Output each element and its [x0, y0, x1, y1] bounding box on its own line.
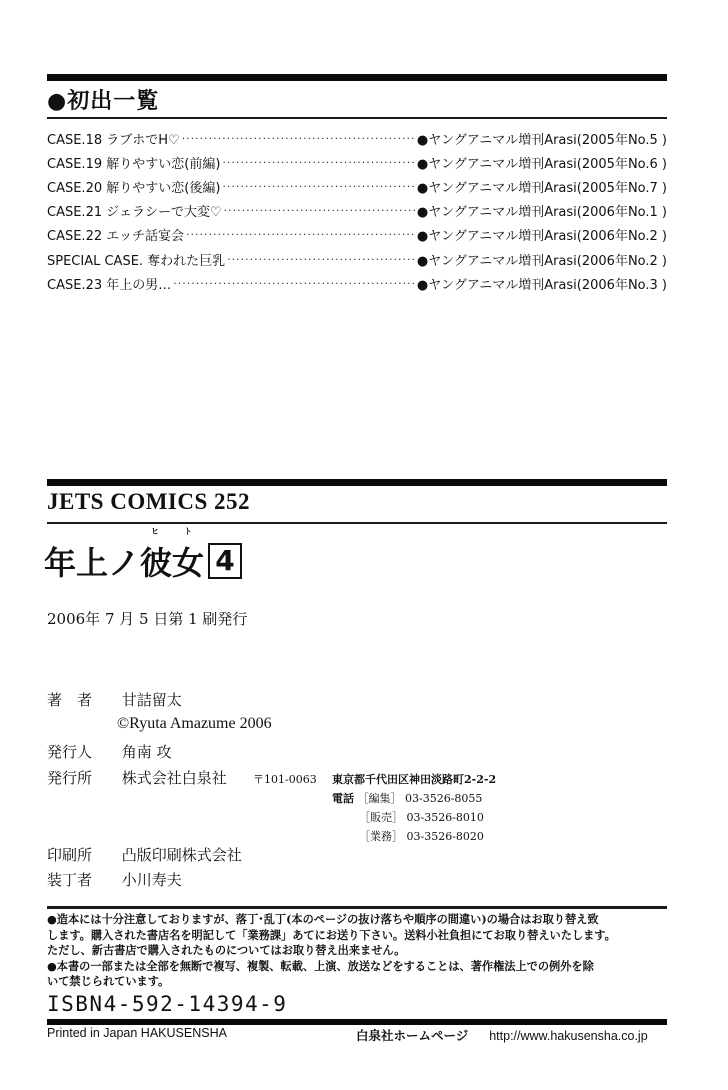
list-item: CASE.18 ラブホでH♡ ·························…: [47, 126, 667, 150]
phone-row: ［業務］ 03-3526-8020: [359, 828, 484, 844]
printer-label: 印刷所: [47, 844, 117, 865]
designer-label: 装丁者: [47, 869, 117, 890]
case-title: CASE.22 エッチ話宴会: [47, 225, 184, 244]
leader-dots: ········································…: [224, 204, 415, 217]
title-part: 彼: [140, 544, 172, 582]
designer-name: 小川寿夫: [122, 871, 182, 889]
publisher-person-row: 発行人 角南 攻: [47, 741, 172, 762]
publication-date: 2006年 7 月 5 日第 1 刷発行: [47, 608, 247, 629]
author-label: 著 者: [47, 689, 117, 710]
phone-dept: ［編集］: [358, 792, 402, 805]
publisher-person-label: 発行人: [47, 741, 117, 762]
title-part-ruby-hi: ヒ 彼: [140, 538, 172, 584]
copyright: ©Ryuta Amazume 2006: [117, 715, 272, 733]
case-source: ●ヤングアニマル増刊Arasi(2005年No.7 ): [417, 177, 667, 196]
footer-rule: [47, 1019, 667, 1025]
list-item: CASE.20 解りやすい恋(後編) ·····················…: [47, 174, 667, 198]
isbn: ISBN4-592-14394-9: [47, 992, 287, 1016]
list-item: CASE.19 解りやすい恋(前編) ·····················…: [47, 150, 667, 174]
author-name: 甘詰留太: [122, 691, 182, 709]
leader-dots: ········································…: [182, 132, 415, 145]
designer-row: 装丁者 小川寿夫: [47, 869, 182, 890]
leader-dots: ········································…: [222, 180, 415, 193]
list-item: CASE.22 エッチ話宴会 ·························…: [47, 223, 667, 247]
publisher-name: 株式会社白泉社: [122, 769, 227, 787]
title-part-ruby-to: ト 女: [172, 538, 204, 584]
ruby-text: ト: [184, 526, 192, 537]
phone-row: ［販売］ 03-3526-8010: [359, 809, 484, 825]
colophon-top-rule: [47, 479, 667, 486]
phone-label: 電話: [332, 792, 354, 805]
phone-dept: ［業務］: [359, 830, 403, 843]
ruby-text: ヒ: [151, 526, 159, 537]
notice-line: ただし、新古書店で購入されたものについてはお取り替え出来ません。: [47, 943, 667, 959]
heading-rule: [47, 117, 667, 119]
first-appearance-heading: ●初出一覧: [47, 84, 159, 115]
notice-rule: [47, 906, 667, 909]
notice-line: ●本書の一部または全部を無断で複写、複製、転載、上演、放送などをすることは、著作…: [47, 959, 667, 975]
leader-dots: ········································…: [173, 277, 415, 290]
printed-in: Printed in Japan HAKUSENSHA: [47, 1026, 227, 1040]
title-part: 女: [172, 544, 204, 582]
phone-number: 03-3526-8010: [407, 811, 484, 824]
list-item: CASE.21 ジェラシーで大変♡ ······················…: [47, 199, 667, 223]
publisher-label: 発行所: [47, 767, 117, 788]
case-source: ●ヤングアニマル増刊Arasi(2006年No.1 ): [417, 201, 667, 220]
printer-row: 印刷所 凸版印刷株式会社: [47, 844, 242, 865]
leader-dots: ········································…: [222, 156, 415, 169]
case-source: ●ヤングアニマル増刊Arasi(2006年No.2 ): [417, 225, 667, 244]
volume-number: 4: [208, 543, 242, 579]
case-title: CASE.20 解りやすい恋(後編): [47, 177, 220, 196]
notice-line: します。購入された書店名を明記して「業務課」あてにお送り下さい。送料小社負担にて…: [47, 928, 667, 944]
list-item: CASE.23 年上の男… ··························…: [47, 271, 667, 295]
notice-line: ●造本には十分注意しておりますが、落丁･乱丁(本のページの抜け落ちや順序の間違い…: [47, 912, 667, 928]
case-source: ●ヤングアニマル増刊Arasi(2006年No.2 ): [417, 250, 667, 269]
leader-dots: ········································…: [227, 253, 415, 266]
phone-number: 03-3526-8020: [407, 830, 484, 843]
case-source: ●ヤングアニマル増刊Arasi(2005年No.5 ): [417, 129, 667, 148]
phone-number: 03-3526-8055: [405, 792, 482, 805]
case-title: CASE.18 ラブホでH♡: [47, 129, 180, 148]
series-rule: [47, 522, 667, 524]
list-item: SPECIAL CASE. 奪われた巨乳 ···················…: [47, 247, 667, 271]
first-appearance-list: CASE.18 ラブホでH♡ ·························…: [47, 126, 667, 295]
address: 東京都千代田区神田淡路町2-2-2: [332, 771, 496, 787]
case-source: ●ヤングアニマル増刊Arasi(2006年No.3 ): [417, 274, 667, 293]
series-label: JETS COMICS 252: [47, 489, 250, 515]
notice-line: いて禁じられています。: [47, 974, 667, 990]
publisher-row: 発行所 株式会社白泉社: [47, 767, 227, 788]
publisher-person: 角南 攻: [122, 743, 172, 761]
homepage: 白泉社ホームページ http://www.hakusensha.co.jp: [356, 1026, 648, 1044]
leader-dots: ········································…: [186, 228, 415, 241]
homepage-label: 白泉社ホームページ: [356, 1029, 468, 1043]
top-rule: [47, 74, 667, 81]
phone-dept: ［販売］: [359, 811, 403, 824]
legal-notice: ●造本には十分注意しておりますが、落丁･乱丁(本のページの抜け落ちや順序の間違い…: [47, 912, 667, 990]
case-source: ●ヤングアニマル増刊Arasi(2005年No.6 ): [417, 153, 667, 172]
case-title: CASE.19 解りやすい恋(前編): [47, 153, 220, 172]
case-title: SPECIAL CASE. 奪われた巨乳: [47, 250, 225, 269]
printer-name: 凸版印刷株式会社: [122, 846, 242, 864]
case-title: CASE.21 ジェラシーで大変♡: [47, 201, 222, 220]
phone-row: 電話 ［編集］ 03-3526-8055: [332, 790, 482, 806]
homepage-url[interactable]: http://www.hakusensha.co.jp: [489, 1029, 647, 1043]
title-part: 年上ノ: [44, 538, 140, 584]
author-row: 著 者 甘詰留太: [47, 689, 182, 710]
book-title: 年上ノ ヒ 彼 ト 女 4: [44, 538, 242, 584]
postal-code: 〒101-0063: [253, 771, 317, 787]
case-title: CASE.23 年上の男…: [47, 274, 171, 293]
